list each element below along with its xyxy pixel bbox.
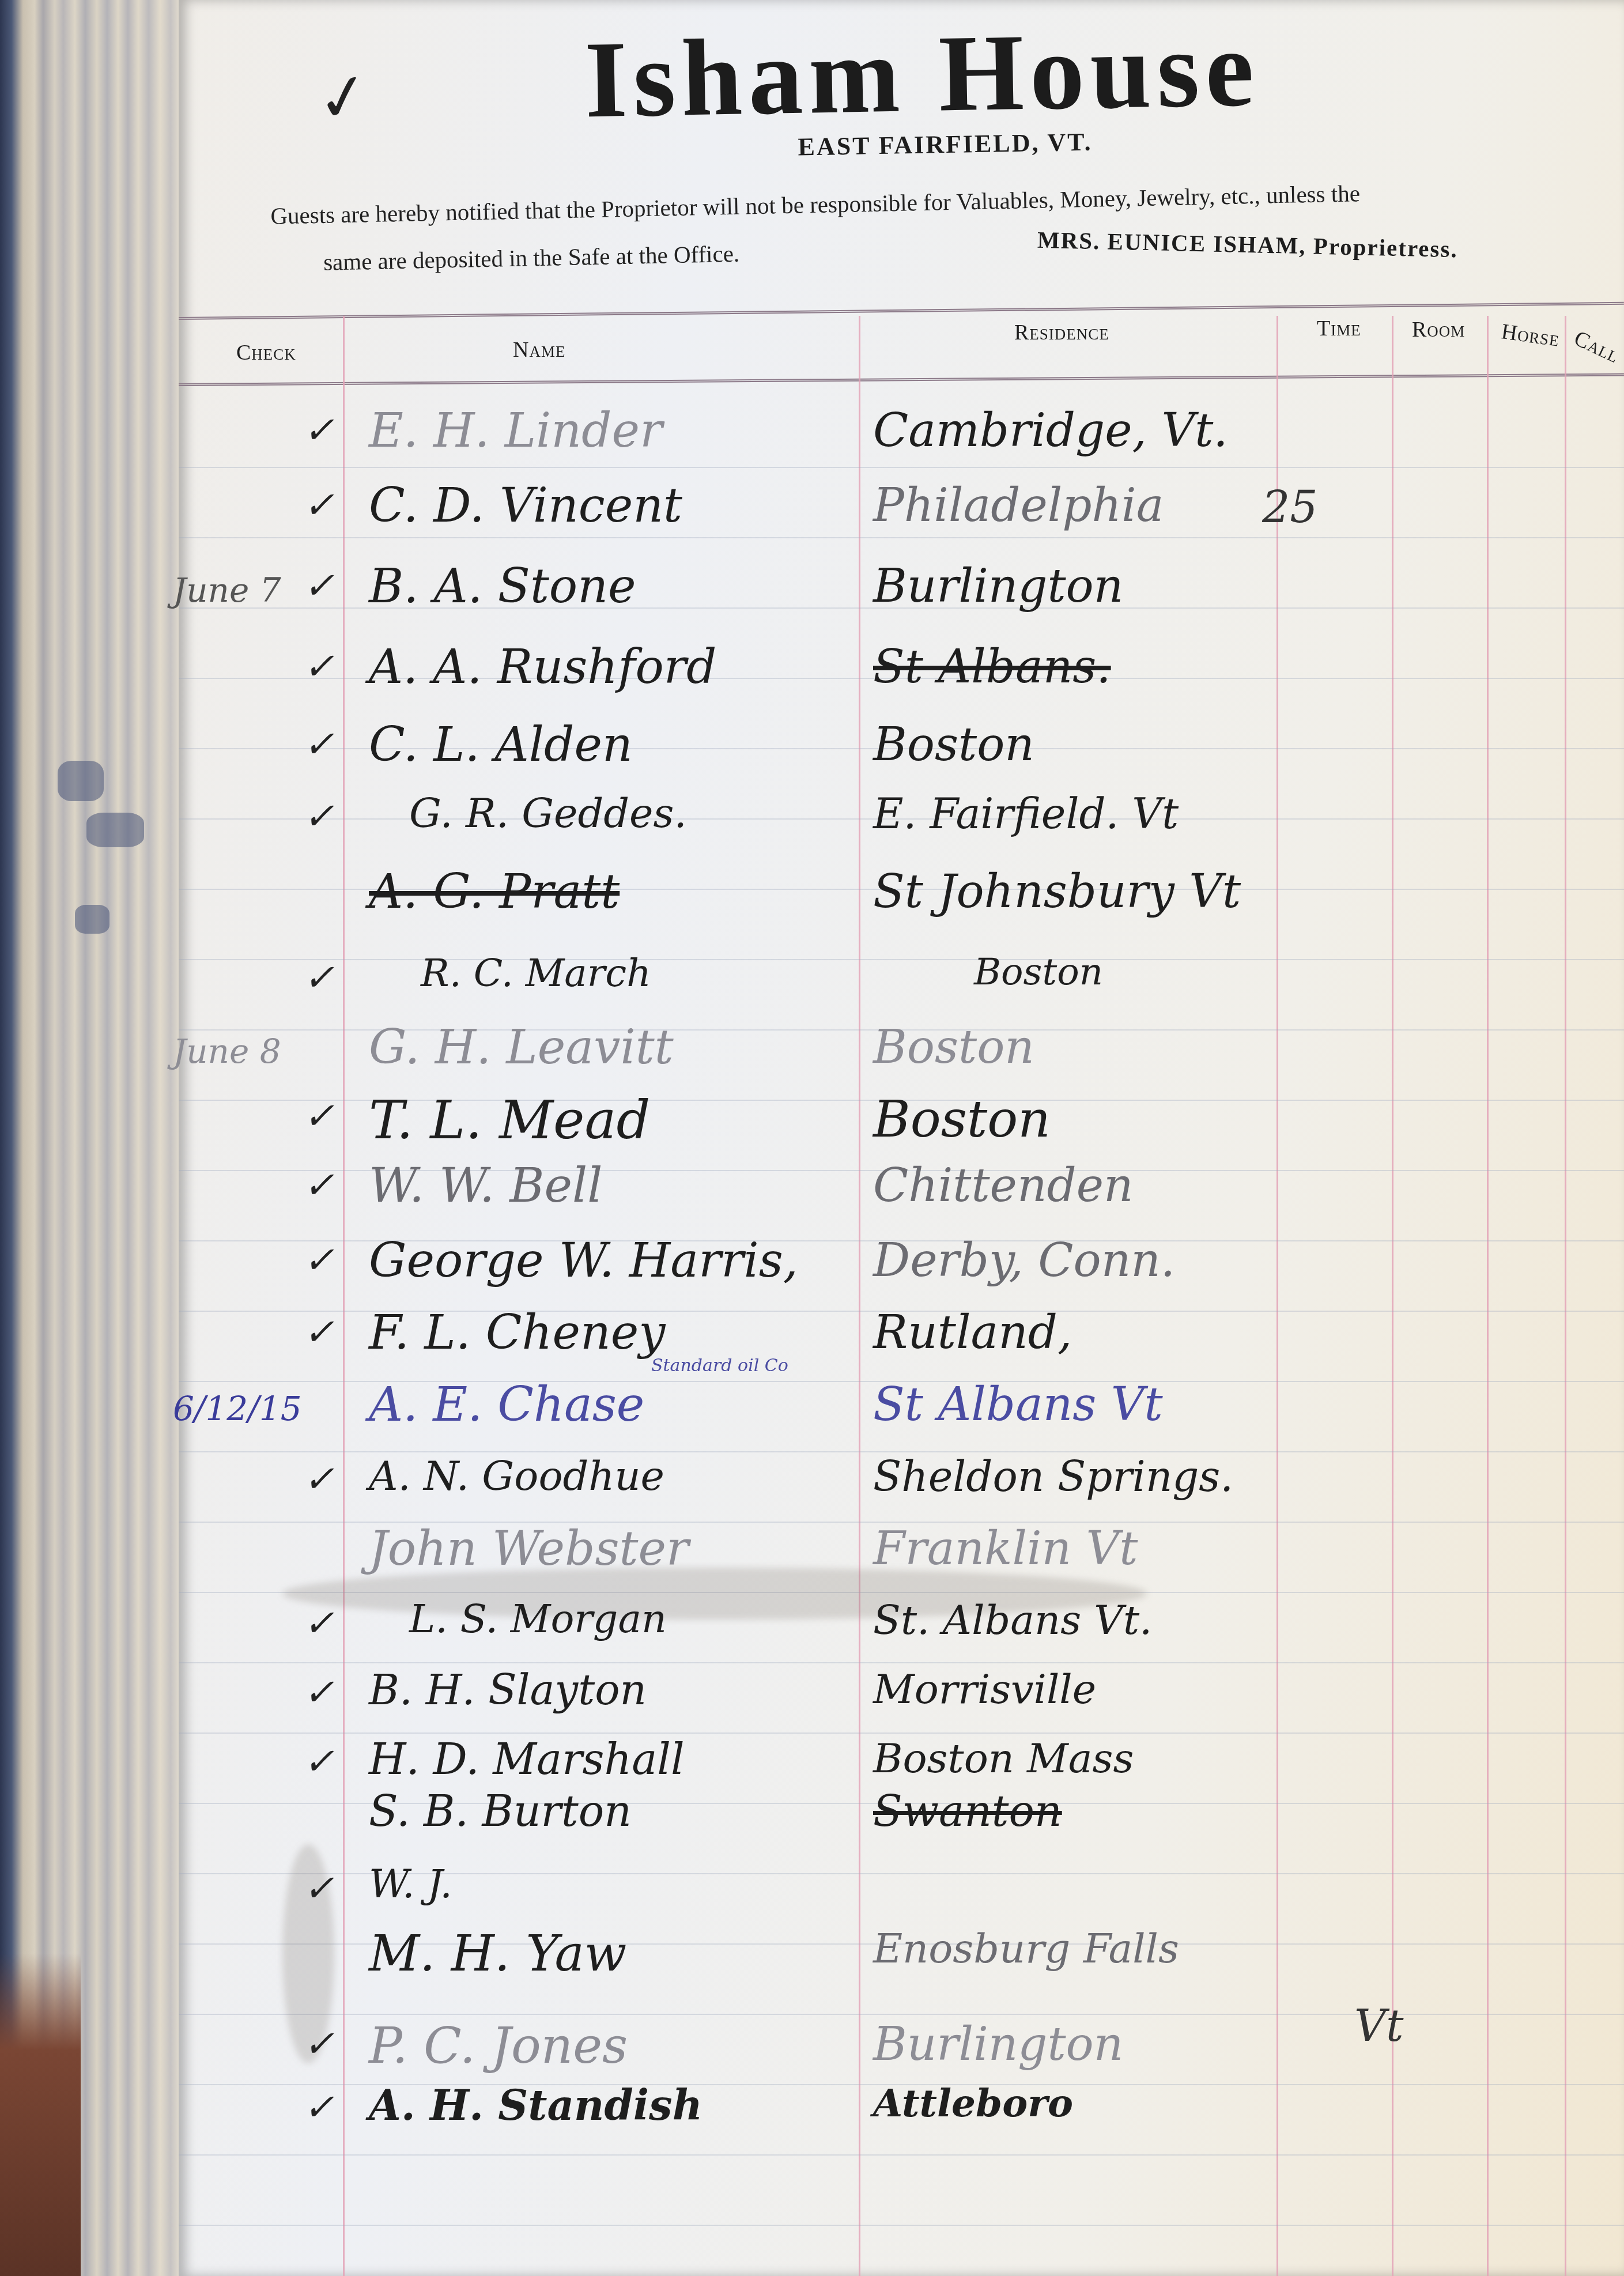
guest-residence: Derby, Conn. [873,1233,1449,1287]
register-page: ✓ Isham House EAST FAIRFIELD, VT. Guests… [179,0,1624,2276]
guest-name: P. C. Jones [369,2017,951,2075]
entry-date: June 8 [173,1032,288,1071]
guest-residence: Swanton [873,1787,1449,1836]
check-mark: ✓ [231,1311,334,1354]
guest-residence: Cambridge, Vt. [873,403,1449,457]
check-mark: ✓ [231,1164,334,1207]
column-header-horse: Horse [1500,319,1561,352]
register-entry: ✓ W. W. Bell Chittenden [179,1158,1624,1233]
guest-name: B. H. Slayton [369,1666,951,1714]
guest-name: M. H. Yaw [369,1925,951,1983]
header-rule-bottom [179,373,1624,386]
column-header-check: Check [236,340,296,365]
book-page-edges [0,0,190,2276]
guest-name: E. H. Linder [369,403,951,458]
check-mark: ✓ [231,1741,334,1783]
guest-name: A. G. Pratt [369,865,951,919]
guest-name: A. A. Rushford [369,640,951,694]
book-cover-corner [0,1953,81,2276]
guest-name: W. J. [369,1862,951,1907]
header-rule-top [179,302,1624,320]
hotel-title: Isham House [518,5,1327,144]
guest-residence: Sheldon Springs. [873,1452,1449,1501]
guest-name: C. D. Vincent [369,478,951,533]
column-header-residence: Residence [1014,320,1109,345]
check-mark: ✓ [231,565,334,607]
entry-date: 6/12/15 [173,1389,288,1428]
register-entry: June 7 ✓ B. A. Stone Burlington [179,559,1624,634]
check-mark: ✓ [231,1458,334,1501]
register-entry: ✓ E. H. Linder Cambridge, Vt. [179,403,1624,478]
register-entry: ✓ George W. Harris, Derby, Conn. [179,1233,1624,1308]
guest-name: F. L. Cheney [369,1305,951,1360]
check-mark-icon: ✓ [311,56,376,138]
proprietor-notice: Guests are hereby notified that the Prop… [270,165,1574,286]
register-entry: ✓ T. L. Mead Boston [179,1089,1624,1164]
guest-residence: Burlington [873,559,1449,613]
check-mark: ✓ [231,1095,334,1138]
register-entry: ✓ R. C. March Boston [179,951,1624,1026]
column-header-name: Name [513,337,565,363]
guest-residence: Attleboro [873,2081,1449,2126]
guest-name: A. E. Chase [369,1377,951,1432]
register-entry: ✓ F. L. Cheney Rutland, [179,1305,1624,1380]
guest-residence: Boston Mass [873,1735,1449,1782]
guest-residence: Boston [873,718,1449,771]
guest-residence: Franklin Vt [873,1522,1449,1575]
guest-residence: E. Fairfield. Vt [873,790,1449,838]
check-mark: ✓ [231,795,334,838]
register-entry: ✓ C. D. Vincent Philadelphia 25 [179,478,1624,553]
check-mark: ✓ [231,1867,334,1910]
register-entry: ✓ L. S. Morgan St. Albans Vt. [179,1596,1624,1671]
check-mark: ✓ [231,2023,334,2066]
guest-name: H. D. Marshall [369,1735,951,1784]
ink-stain [86,813,144,847]
state-note: Vt [1354,2000,1403,2051]
register-entry: S. B. Burton Swanton [179,1787,1624,1862]
ink-stain [75,905,109,934]
guest-name: B. A. Stone [369,559,951,614]
check-mark: ✓ [231,1602,334,1645]
employer-annotation: Standard oil Co [651,1356,788,1376]
guest-residence: St. Albans Vt. [873,1596,1449,1644]
column-header-call: Call [1570,326,1624,368]
check-mark: ✓ [231,1671,334,1714]
register-entry: A. G. Pratt St Johnsbury Vt [179,865,1624,939]
register-entry: ✓ A. H. Standish Attleboro [179,2081,1624,2156]
guest-name: S. B. Burton [369,1787,951,1836]
guest-residence: St Johnsbury Vt [873,865,1449,918]
column-header-room: Room [1412,317,1465,342]
guest-residence: St Albans. [873,640,1449,693]
register-entry: ✓ A. N. Goodhue Sheldon Springs. [179,1452,1624,1527]
register-entry: M. H. Yaw Enosburg Falls [179,1925,1624,2000]
register-entry: ✓ B. H. Slayton Morrisville [179,1666,1624,1741]
guest-name: A. H. Standish [369,2081,951,2130]
check-mark: ✓ [231,2086,334,2129]
guest-name: R. C. March [421,951,1003,995]
guest-name: W. W. Bell [369,1158,951,1213]
check-mark: ✓ [231,484,334,527]
ink-stain [58,761,104,801]
check-mark: ✓ [231,1239,334,1282]
guest-name: T. L. Mead [369,1089,951,1151]
guest-name: A. N. Goodhue [369,1452,951,1500]
register-entry: ✓ G. R. Geddes. E. Fairfield. Vt [179,790,1624,865]
check-mark: ✓ [231,646,334,688]
guest-residence: Boston [974,951,1550,994]
register-entry: 6/12/15 A. E. Chase Standard oil Co St A… [179,1377,1624,1452]
guest-name: John Webster [369,1522,951,1576]
register-entry: June 8 G. H. Leavitt Boston [179,1020,1624,1095]
guest-residence: Morrisville [873,1666,1449,1713]
guest-residence: Chittenden [873,1158,1449,1212]
guest-name: C. L. Alden [369,718,951,772]
check-mark: ✓ [231,723,334,766]
margin-note: 25 [1262,481,1318,533]
guest-residence: Rutland, [873,1305,1449,1359]
guest-name: G. H. Leavitt [369,1020,951,1075]
check-mark: ✓ [231,409,334,452]
guest-residence: Boston [873,1089,1449,1149]
guest-name: George W. Harris, [369,1233,951,1288]
guest-residence: Philadelphia [873,478,1449,532]
check-mark: ✓ [231,957,334,999]
column-header-time: Time [1317,316,1361,341]
guest-residence: St Albans Vt [873,1377,1449,1431]
guest-residence: Boston [873,1020,1449,1074]
guest-residence: Enosburg Falls [873,1925,1449,1972]
register-entry: John Webster Franklin Vt [179,1522,1624,1596]
register-entry: ✓ C. L. Alden Boston [179,718,1624,792]
register-entry: ✓ A. A. Rushford St Albans. [179,640,1624,715]
